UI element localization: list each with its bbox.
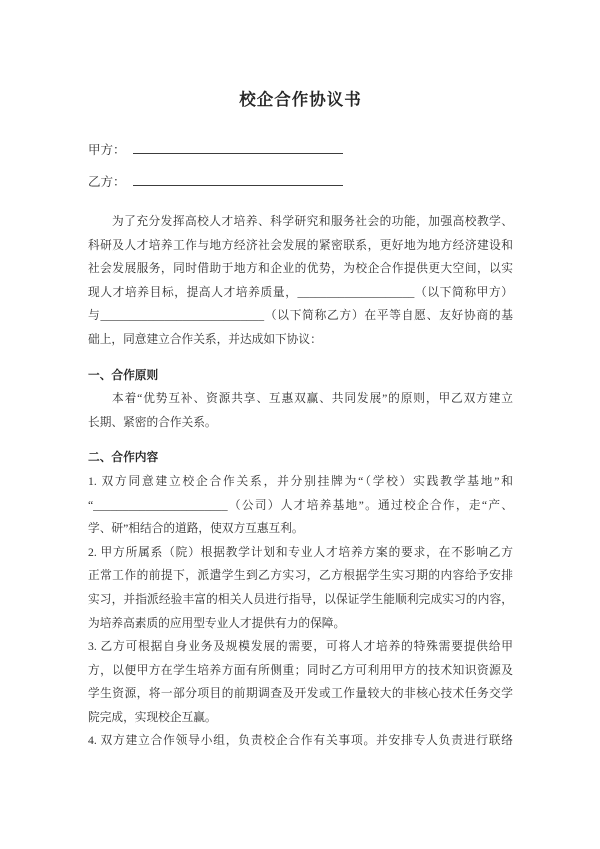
- document-line: 方，以便甲方在学生培养方面有所侧重；同时乙方可利用甲方的技术知识资源及: [88, 659, 513, 683]
- document-line: “_______________________（公司）人才培养基地”。通过校企…: [88, 494, 513, 518]
- party-b-label: 乙方：: [88, 172, 126, 192]
- doc-body: 为了充分发挥高校人才培养、科学研究和服务社会的功能，加强高校教学、科研及人才培养…: [88, 210, 513, 753]
- party-a-label: 甲方：: [88, 140, 126, 160]
- document-line: 本着“优势互补、资源共享、互惠双赢、共同发展”的原则，甲乙双方建立: [88, 387, 513, 411]
- document-line: 学生资源，将一部分项目的前期调查及开发或工作量较大的非核心技术任务交学: [88, 682, 513, 706]
- document-line: 2. 甲方所属系（院）根据教学计划和专业人才培养方案的要求，在不影响乙方: [88, 541, 513, 565]
- document-title: 校企合作协议书: [88, 90, 513, 110]
- document-line: 4. 双方建立合作领导小组，负责校企合作有关事项。并安排专人负责进行联络: [88, 729, 513, 753]
- party-a-blank-line: [133, 141, 343, 154]
- document-line: 学、研”相结合的道路，使双方互惠互利。: [88, 517, 513, 541]
- document-line: 础上，同意建立合作关系，并达成如下协议：: [88, 328, 513, 352]
- party-fields: 甲方： 乙方：: [88, 140, 513, 204]
- document-line: 3. 乙方可根据自身业务及规模发展的需要，可将人才培养的特殊需要提供给甲: [88, 635, 513, 659]
- party-b-blank-line: [133, 173, 343, 186]
- document-line: 为了充分发挥高校人才培养、科学研究和服务社会的功能，加强高校教学、: [88, 210, 513, 234]
- document-line: 正常工作的前提下，派遣学生到乙方实习，乙方根据学生实习期的内容给予安排: [88, 564, 513, 588]
- party-field-yifang: 乙方：: [88, 172, 513, 204]
- document-line: 长期、紧密的合作关系。: [88, 411, 513, 435]
- document-line: 为培养高素质的应用型专业人才提供有力的保障。: [88, 612, 513, 636]
- document-line: 1. 双方同意建立校企合作关系，并分别挂牌为“（学校）实践教学基地”和: [88, 470, 513, 494]
- document-line: 社会发展服务，同时借助于地方和企业的优势，为校企合作提供更大空间，以实: [88, 257, 513, 281]
- document-line: 科研及人才培养工作与地方经济社会发展的紧密联系，更好地为地方经济建设和: [88, 234, 513, 258]
- document-line: 实习，并指派经验丰富的相关人员进行指导，以保证学生能顺利完成实习的内容，: [88, 588, 513, 612]
- section-heading: 二、合作内容: [88, 446, 513, 470]
- document-page: 校企合作协议书 甲方： 乙方： 为了充分发挥高校人才培养、科学研究和服务社会的功…: [0, 0, 600, 849]
- document-line: 院完成，实现校企互赢。: [88, 706, 513, 730]
- document-line: 与____________________________（以下简称乙方）在平等…: [88, 304, 513, 328]
- section-heading: 一、合作原则: [88, 364, 513, 388]
- document-line: 现人才培养目标，提高人才培养质量，____________________（以下…: [88, 281, 513, 305]
- party-field-jiafang: 甲方：: [88, 140, 513, 172]
